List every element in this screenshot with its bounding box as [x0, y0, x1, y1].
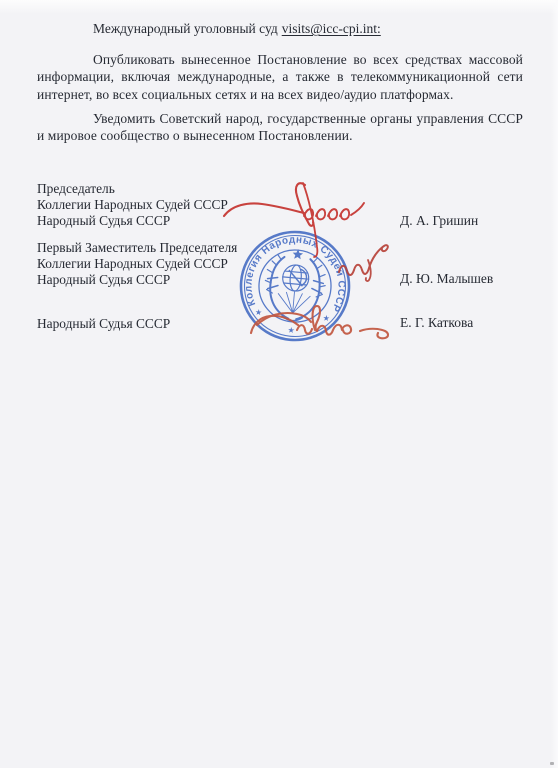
- signatures-layer: [0, 0, 558, 768]
- scanned-document-page: Международный уголовный судvisits@icc-cp…: [0, 0, 558, 768]
- signature-malyshev: [339, 245, 388, 281]
- signature-grishin: [224, 183, 364, 257]
- signature-katkova: [251, 306, 388, 338]
